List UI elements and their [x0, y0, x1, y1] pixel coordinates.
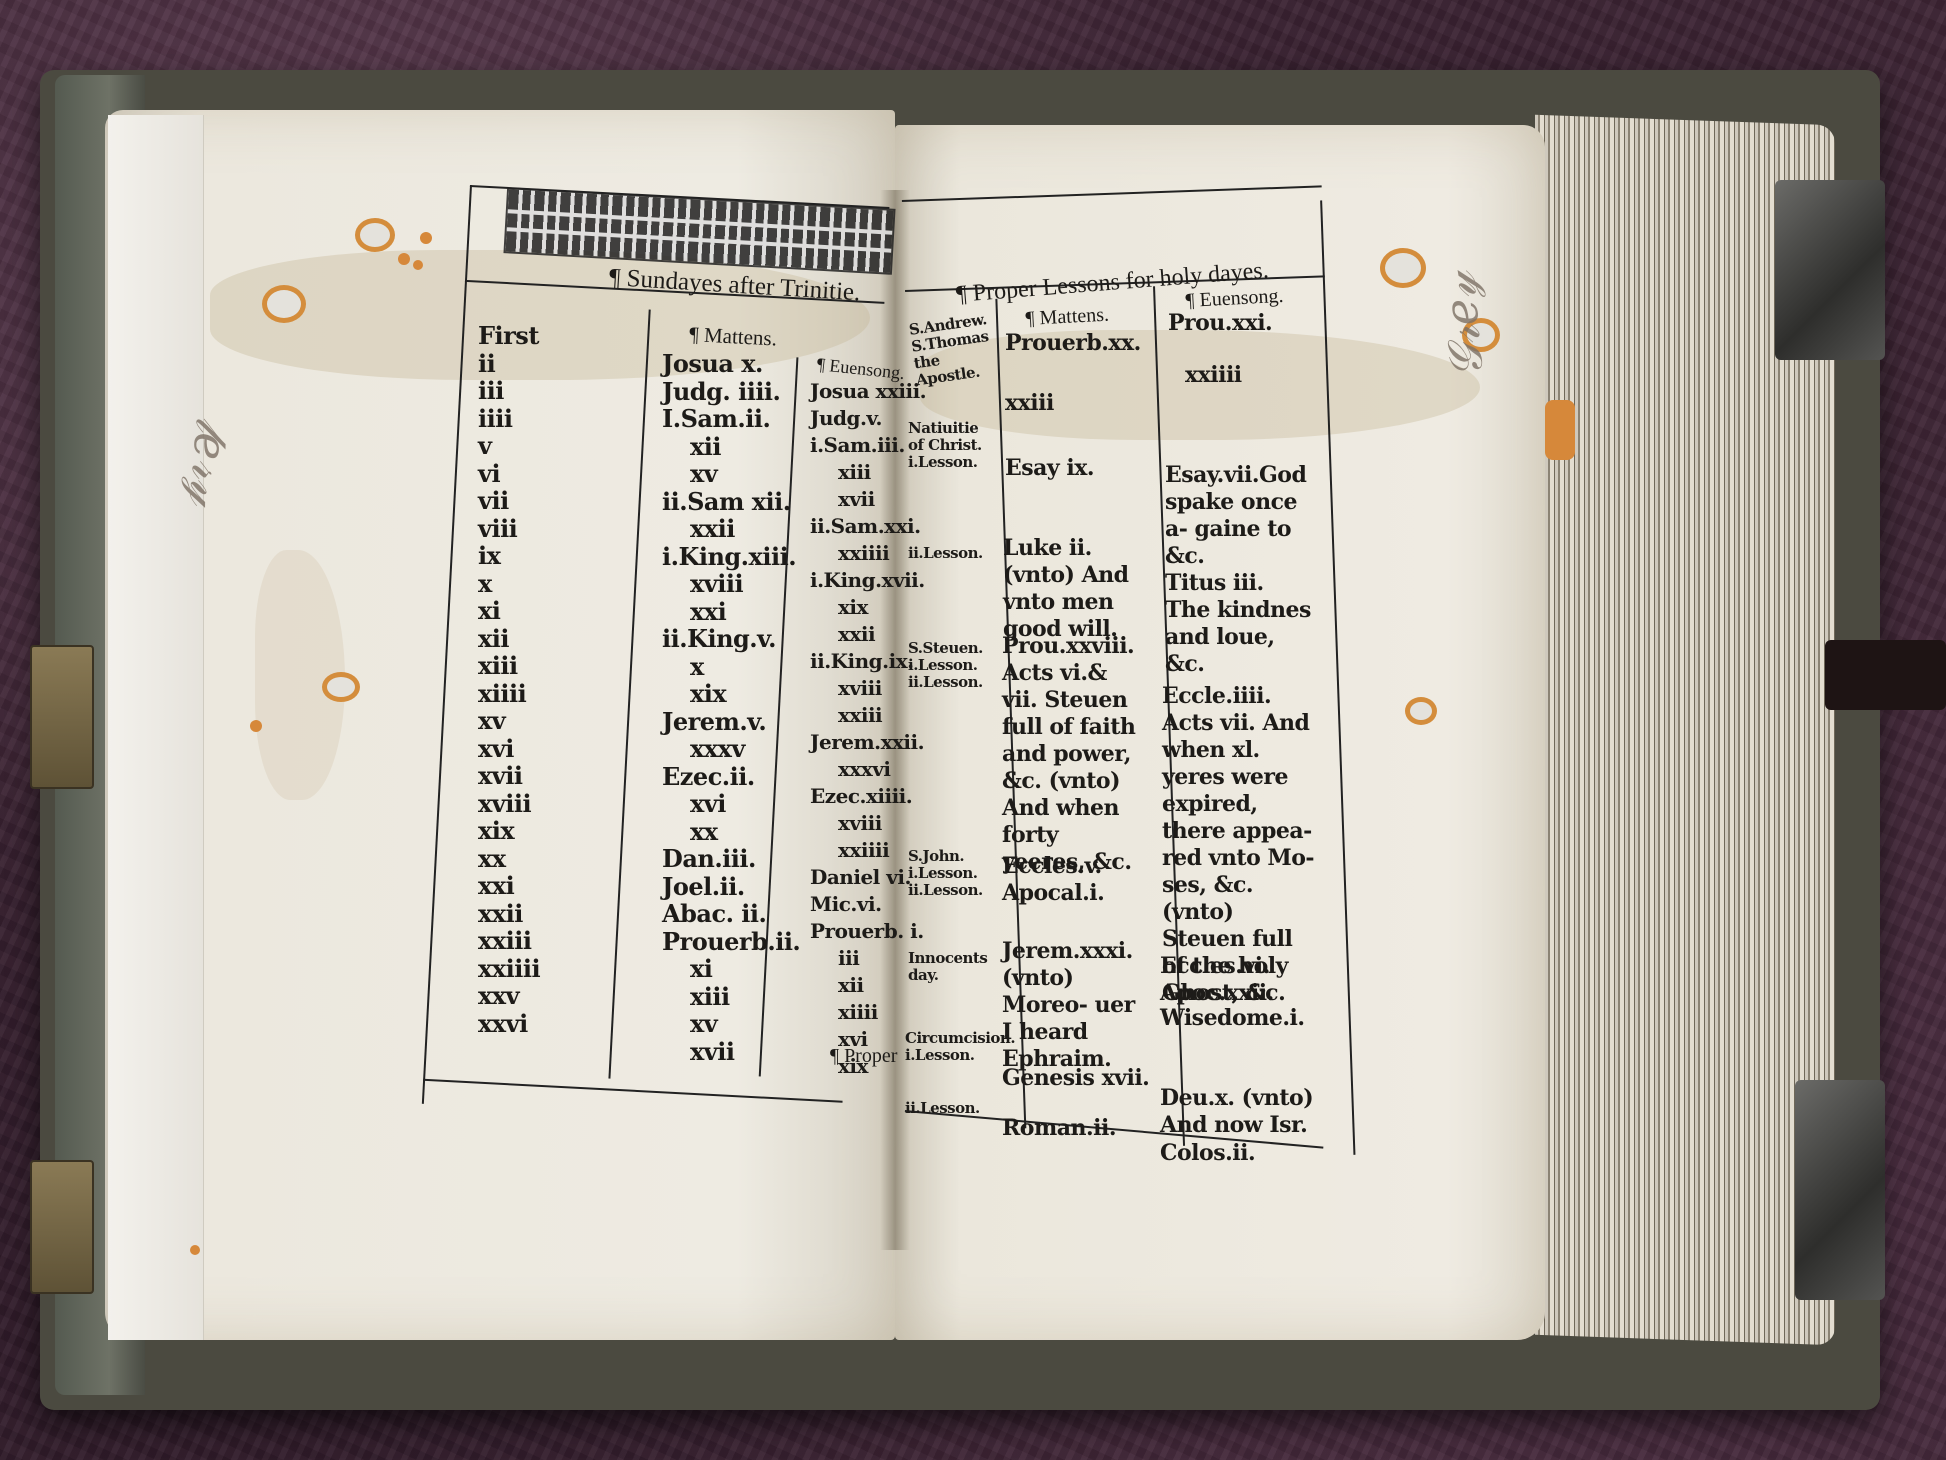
- right-table-top-rule: [902, 185, 1322, 202]
- holyday-evensong-entry: xxiiii: [1185, 362, 1242, 389]
- holyday-label: S.Andrew. S.Thomas the Apostle.: [908, 310, 1002, 389]
- holyday-evensong-entry: Colos.ii.: [1160, 1140, 1255, 1167]
- holyday-mattens-entry: Eccles.v. Apocal.i.: [1002, 853, 1147, 907]
- holyday-label: ii.Lesson.: [905, 1100, 990, 1117]
- right-table-border: [1320, 200, 1355, 1154]
- holyday-label: Circumcision. i.Lesson.: [905, 1030, 1000, 1064]
- holyday-evensong-entry: Titus iii. The kindnes and loue, &c.: [1165, 570, 1315, 678]
- right-mattens-header: ¶ Mattens.: [1025, 304, 1110, 331]
- holyday-mattens-entry: Esay ix.: [1005, 455, 1094, 482]
- holyday-label: S.Steuen. i.Lesson. ii.Lesson.: [908, 640, 993, 691]
- holyday-evensong-entry: Wisedome.i.: [1160, 1005, 1305, 1032]
- holyday-evensong-entry: Deu.x. (vnto) And now Isr.: [1160, 1085, 1315, 1139]
- holyday-mattens-entry: Genesis xvii.: [1002, 1065, 1149, 1092]
- holyday-mattens-entry: xxiii: [1005, 390, 1054, 417]
- holyday-label: Natiuitie of Christ. i.Lesson.: [908, 420, 993, 471]
- holyday-mattens-entry: Roman.ii.: [1002, 1115, 1116, 1142]
- holyday-mattens-entry: Jerem.xxxi. (vnto) Moreo- uer I heard Ep…: [1002, 938, 1147, 1073]
- holyday-evensong-entry: Eccles.vi. Apoc.xxii.: [1160, 953, 1315, 1007]
- right-page-table: ¶ Proper Lessons for holy dayes. ¶ Matte…: [0, 0, 1946, 1460]
- holyday-evensong-entry: Esay.vii.God spake once a- gaine to &c.: [1165, 462, 1315, 570]
- holyday-mattens-entry: Prou.xxviii. Acts vi.& vii. Steuen full …: [1002, 633, 1147, 876]
- holyday-label: ii.Lesson.: [908, 545, 993, 562]
- holyday-mattens-entry: Luke ii. (vnto) And vnto men good will.: [1003, 535, 1148, 643]
- holyday-evensong-entry: Prou.xxi.: [1168, 310, 1272, 337]
- holyday-mattens-entry: Prouerb.xx.: [1005, 330, 1141, 357]
- holyday-label: S.John. i.Lesson. ii.Lesson.: [908, 848, 993, 899]
- holyday-label: Innocents day.: [908, 950, 993, 984]
